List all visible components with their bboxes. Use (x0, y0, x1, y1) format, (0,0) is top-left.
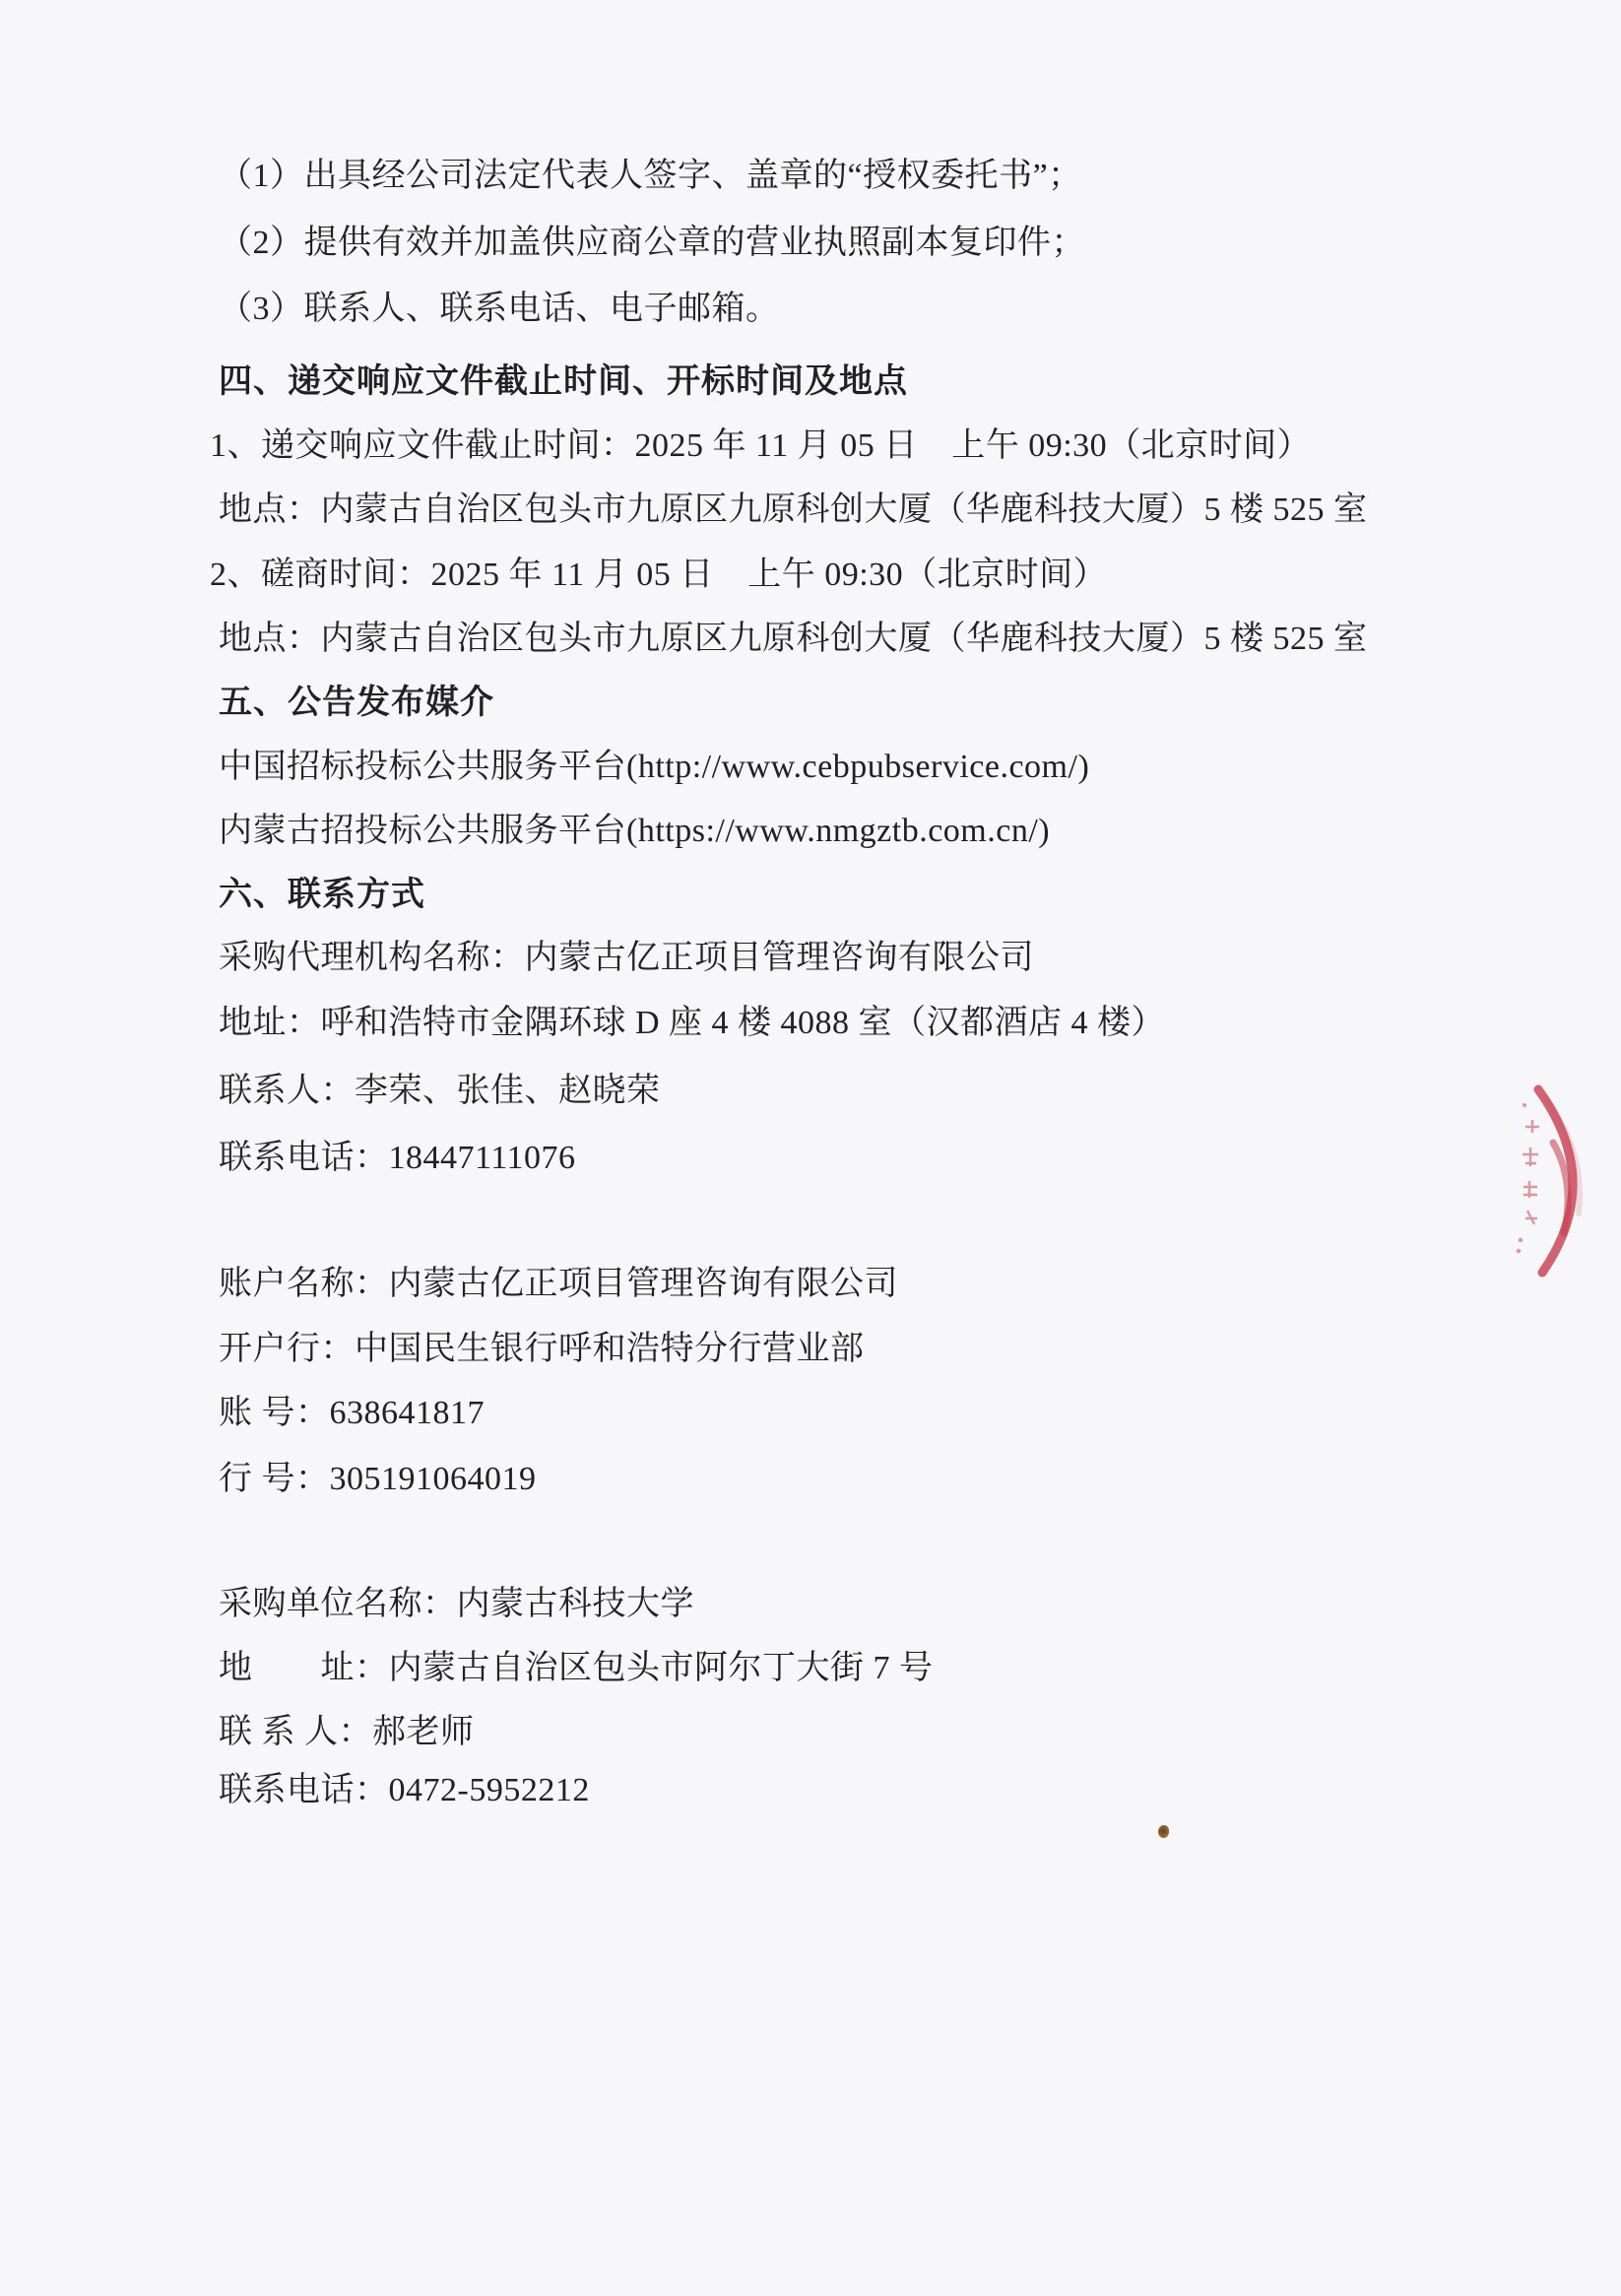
qualification-item-3: （3）联系人、联系电话、电子邮箱。 (219, 289, 780, 330)
agency-contacts-line: 联系人：李荣、张佳、赵晓荣 (219, 1071, 661, 1112)
account-name-line: 账户名称：内蒙古亿正项目管理咨询有限公司 (219, 1264, 898, 1305)
purchaser-phone-line: 联系电话：0472-5952212 (219, 1770, 590, 1811)
paper-speck (1158, 1825, 1169, 1838)
document-page: （1）出具经公司法定代表人签字、盖章的“授权委托书”； （2）提供有效并加盖供应… (0, 0, 1621, 2296)
agency-address-line: 地址：呼和浩特市金隅环球 D 座 4 楼 4088 室（汉都酒店 4 楼） (219, 1003, 1165, 1044)
purchaser-address-line: 地 址：内蒙古自治区包头市阿尔丁大街 7 号 (219, 1648, 934, 1689)
stamp-text-marks (1523, 1120, 1539, 1224)
bank-name-line: 开户行：中国民生银行呼和浩特分行营业部 (219, 1329, 865, 1370)
agency-name-line: 采购代理机构名称：内蒙古亿正项目管理咨询有限公司 (219, 938, 1034, 979)
qualification-item-2: （2）提供有效并加盖供应商公章的营业执照副本复印件； (219, 223, 1085, 264)
bank-code-line: 行 号：305191064019 (219, 1459, 537, 1500)
account-number-line: 账 号：638641817 (219, 1393, 485, 1434)
media-platform-regional: 内蒙古招投标公共服务平台(https://www.nmgztb.com.cn/) (219, 811, 1050, 852)
agency-phone-line: 联系电话：18447111076 (219, 1138, 575, 1179)
deadline-location-line: 地点：内蒙古自治区包头市九原区九原科创大厦（华鹿科技大厦）5 楼 525 室 (219, 490, 1368, 531)
section-6-heading: 六、联系方式 (219, 875, 425, 916)
qualification-item-1: （1）出具经公司法定代表人签字、盖章的“授权委托书”； (219, 156, 1082, 197)
negotiation-location-line: 地点：内蒙古自治区包头市九原区九原科创大厦（华鹿科技大厦）5 楼 525 室 (219, 619, 1368, 660)
purchaser-contact-line: 联 系 人：郝老师 (219, 1712, 475, 1753)
section-4-heading: 四、递交响应文件截止时间、开标时间及地点 (219, 361, 908, 403)
stamp-colon-dots (1517, 1103, 1526, 1253)
deadline-time-line: 1、递交响应文件截止时间：2025 年 11 月 05 日 上午 09:30（北… (210, 426, 1311, 467)
negotiation-time-line: 2、磋商时间：2025 年 11 月 05 日 上午 09:30（北京时间） (210, 555, 1107, 596)
purchaser-name-line: 采购单位名称：内蒙古科技大学 (219, 1584, 694, 1625)
section-5-heading: 五、公告发布媒介 (219, 683, 494, 724)
media-platform-national: 中国招标投标公共服务平台(http://www.cebpubservice.co… (219, 747, 1089, 788)
